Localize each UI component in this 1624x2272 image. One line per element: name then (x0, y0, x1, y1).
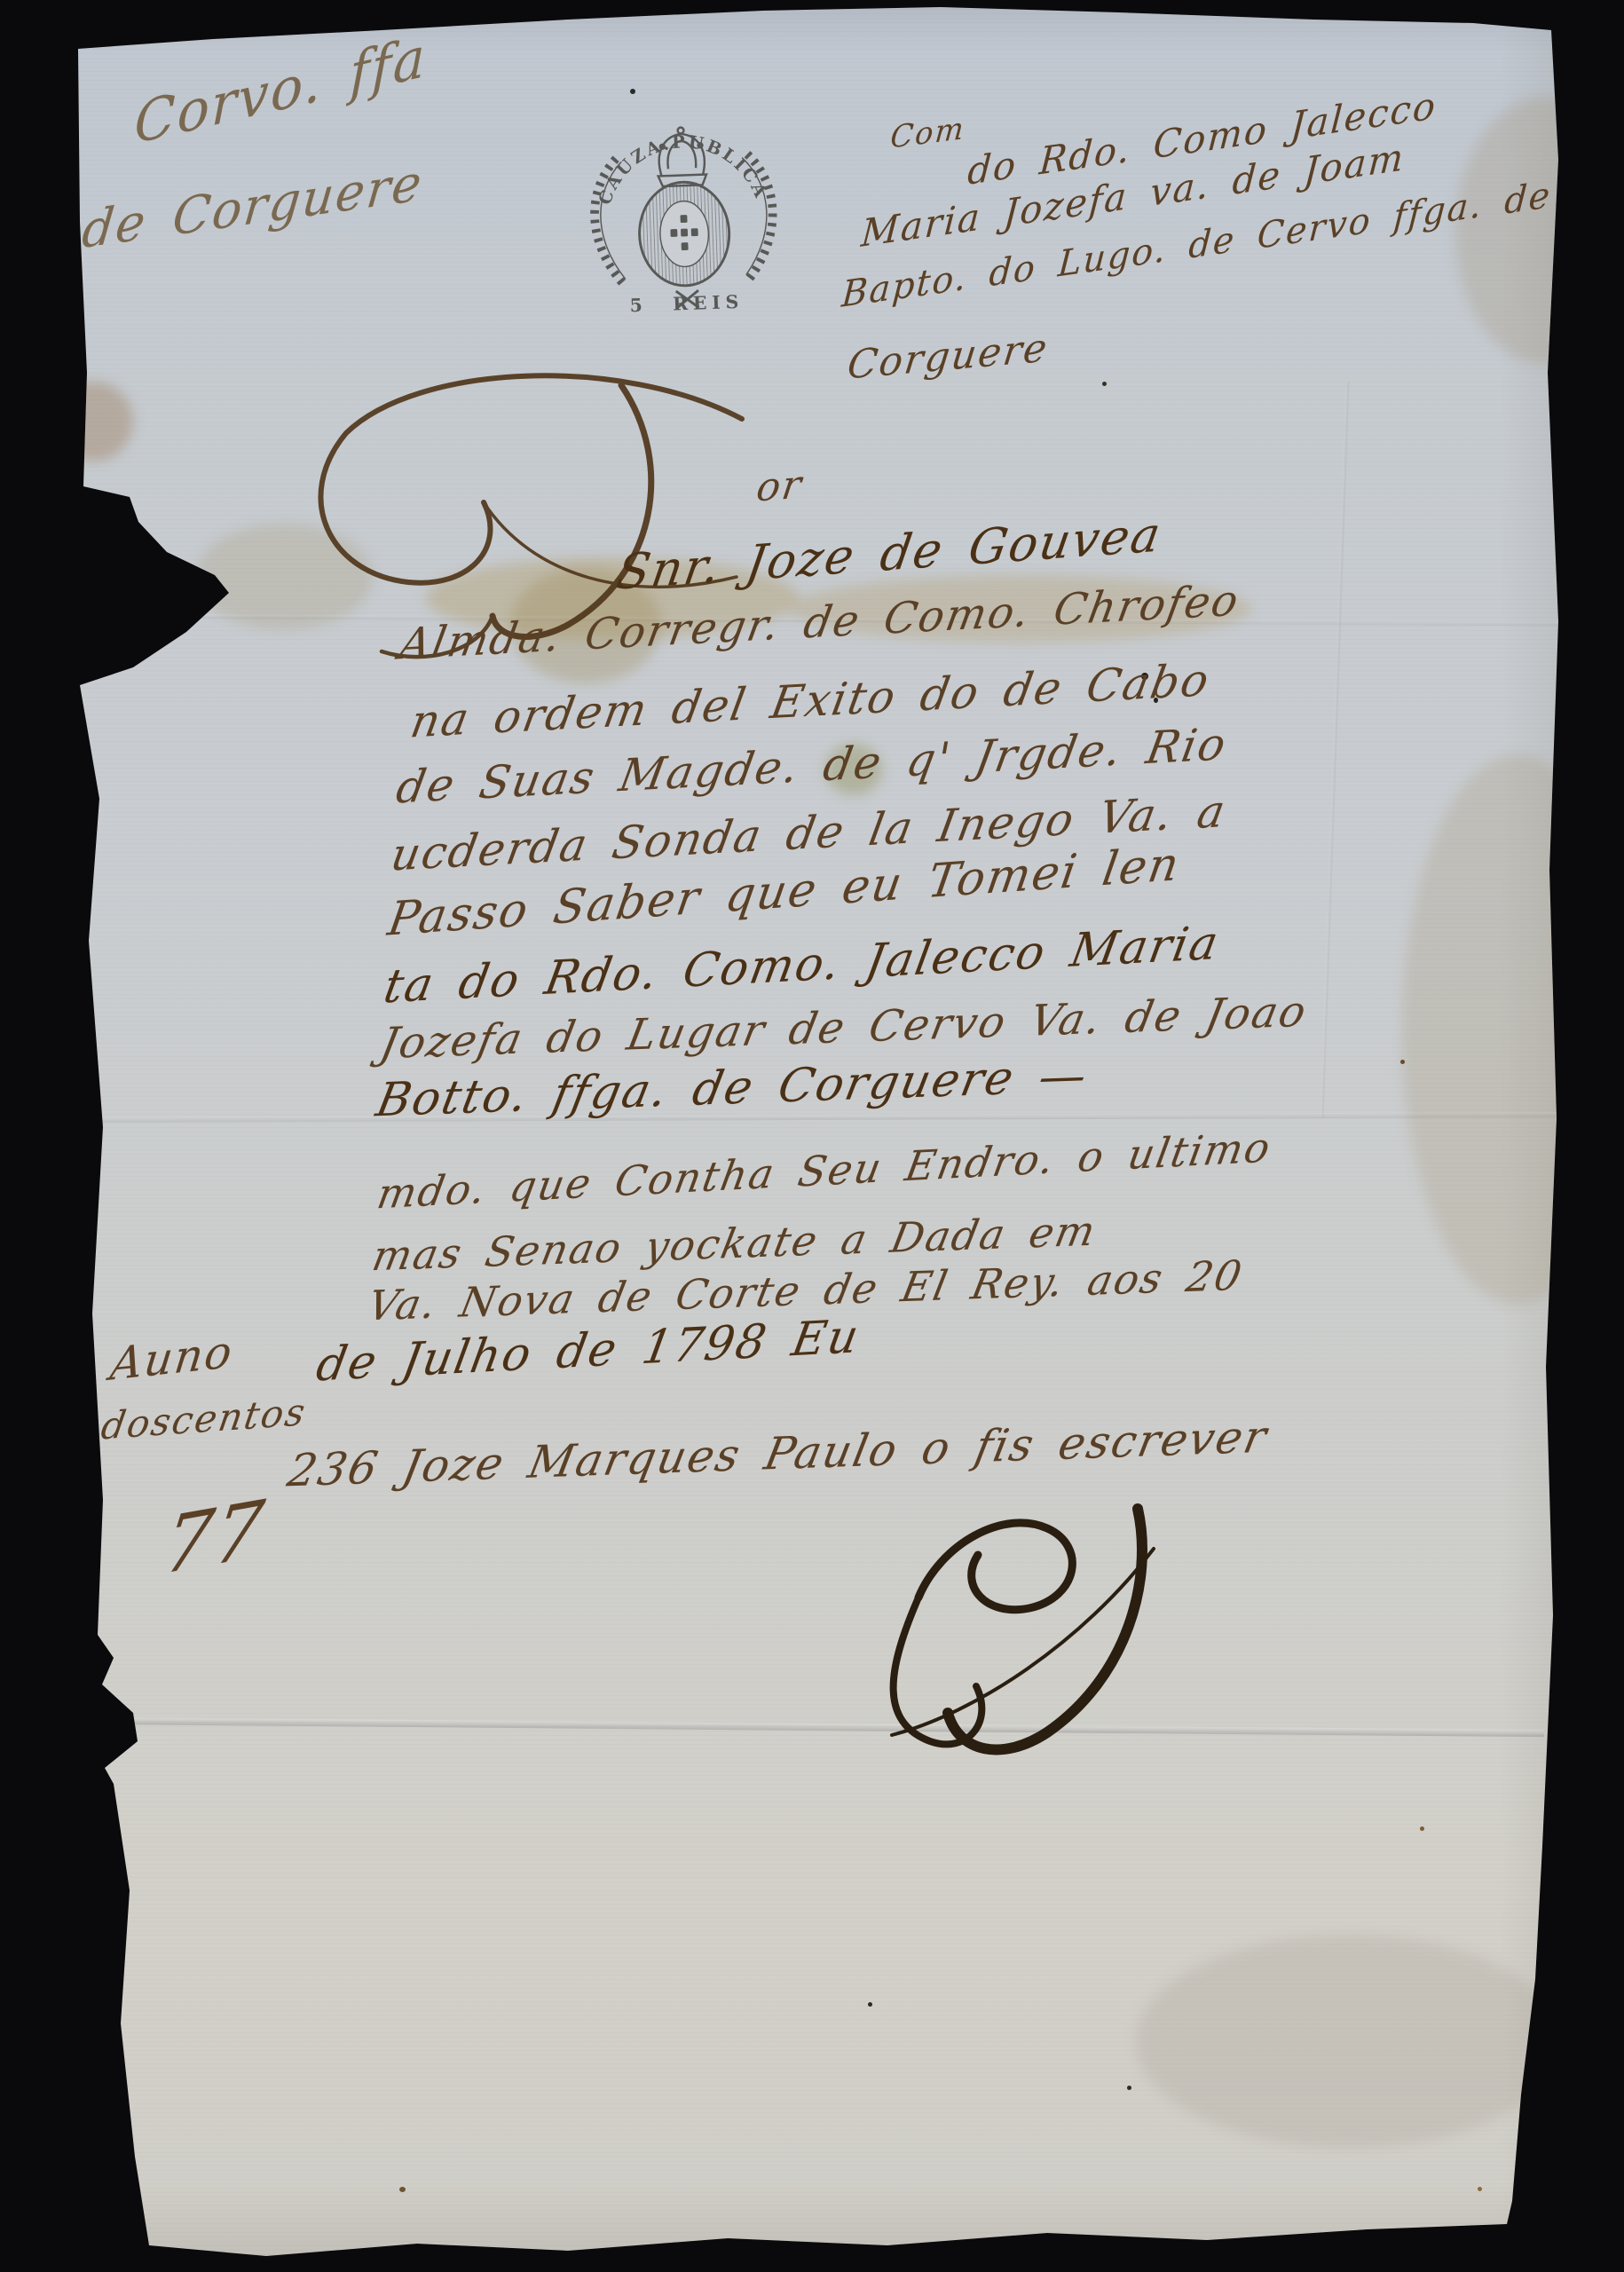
ink-speck (630, 89, 635, 94)
initial-suffix: or (754, 465, 806, 508)
signature-rubric (843, 1502, 1198, 1777)
dirt-speck (1478, 2187, 1482, 2191)
paper-edge-shading (0, 0, 1624, 2272)
paper-stain (53, 382, 133, 461)
paper-stain (1402, 754, 1624, 1305)
dirt-speck (399, 2187, 406, 2192)
addressee-note-line-1: Com (889, 114, 966, 154)
ink-speck (1102, 382, 1107, 386)
stamp-shield-icon (638, 181, 731, 288)
document-paper: CAUZA.PUBLICA 5 REIS Corvo. ffa de Corgu… (0, 0, 1624, 2272)
tax-stamp: CAUZA.PUBLICA 5 REIS (559, 93, 808, 317)
dirt-speck (1400, 1060, 1405, 1064)
paper-stain (1455, 98, 1624, 364)
margin-note-year: Auno (108, 1329, 236, 1387)
dirt-speck (1127, 2086, 1131, 2090)
paper-stain (1136, 1935, 1562, 2148)
dirt-speck (868, 2002, 872, 2007)
photo-backdrop: CAUZA.PUBLICA 5 REIS Corvo. ffa de Corgu… (0, 0, 1624, 2272)
dirt-speck (1420, 1826, 1424, 1831)
margin-note-number: 77 (159, 1489, 269, 1586)
